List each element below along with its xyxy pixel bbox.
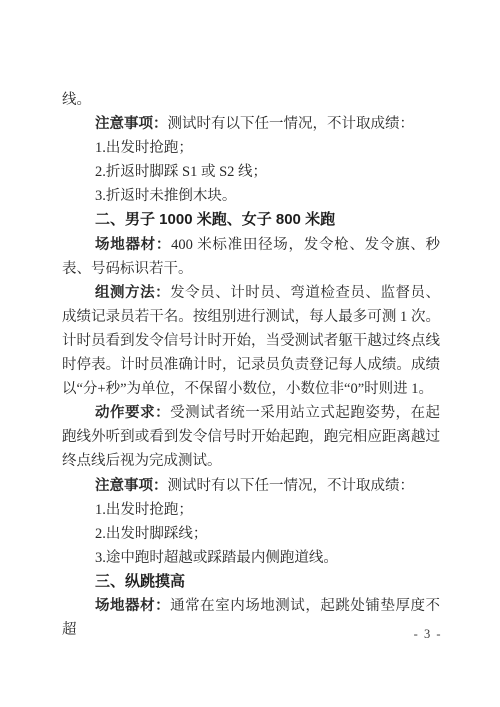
- list-item: 2.出发时脚踩线；: [62, 522, 440, 546]
- paragraph-lead: 场地器材：: [95, 237, 171, 253]
- paragraph-lead: 注意事项：: [95, 116, 168, 132]
- list-item: 3.途中跑时超越或踩踏最内侧跑道线。: [62, 546, 440, 570]
- paragraph-lead: 注意事项：: [95, 478, 168, 494]
- continuation-line: 线。: [62, 88, 440, 112]
- equipment-paragraph: 场地器材：400 米标准田径场，发令枪、发令旗、秒表、号码标识若干。: [62, 233, 440, 281]
- paragraph-text: 发令员、计时员、弯道检查员、监督员、成绩记录员若干名。按组别进行测试，每人最多可…: [62, 285, 440, 397]
- page-number: - 3 -: [414, 626, 442, 642]
- section-heading-2: 二、男子 1000 米跑、女子 800 米跑: [62, 208, 440, 232]
- document-page: 线。 注意事项：测试时有以下任一情况，不计取成绩： 1.出发时抢跑； 2.折返时…: [0, 0, 500, 707]
- list-item: 2.折返时脚踩 S1 或 S2 线；: [62, 160, 440, 184]
- paragraph-lead: 场地器材：: [95, 598, 170, 614]
- notes-paragraph: 注意事项：测试时有以下任一情况，不计取成绩：: [62, 474, 440, 498]
- paragraph-text: 测试时有以下任一情况，不计取成绩：: [168, 478, 415, 494]
- list-item: 3.折返时未推倒木块。: [62, 184, 440, 208]
- paragraph-lead: 动作要求：: [95, 405, 170, 421]
- document-body: 线。 注意事项：测试时有以下任一情况，不计取成绩： 1.出发时抢跑； 2.折返时…: [62, 88, 440, 642]
- method-paragraph: 组测方法：发令员、计时员、弯道检查员、监督员、成绩记录员若干名。按组别进行测试，…: [62, 281, 440, 401]
- list-item: 1.出发时抢跑；: [62, 498, 440, 522]
- section-heading-3: 三、纵跳摸高: [62, 570, 440, 594]
- equipment-paragraph: 场地器材：通常在室内场地测试，起跳处铺垫厚度不超: [62, 594, 440, 642]
- notes-paragraph: 注意事项：测试时有以下任一情况，不计取成绩：: [62, 112, 440, 136]
- action-paragraph: 动作要求：受测试者统一采用站立式起跑姿势，在起跑线外听到或看到发令信号时开始起跑…: [62, 401, 440, 473]
- paragraph-lead: 组测方法：: [95, 285, 170, 301]
- list-item: 1.出发时抢跑；: [62, 136, 440, 160]
- paragraph-text: 测试时有以下任一情况，不计取成绩：: [168, 116, 415, 132]
